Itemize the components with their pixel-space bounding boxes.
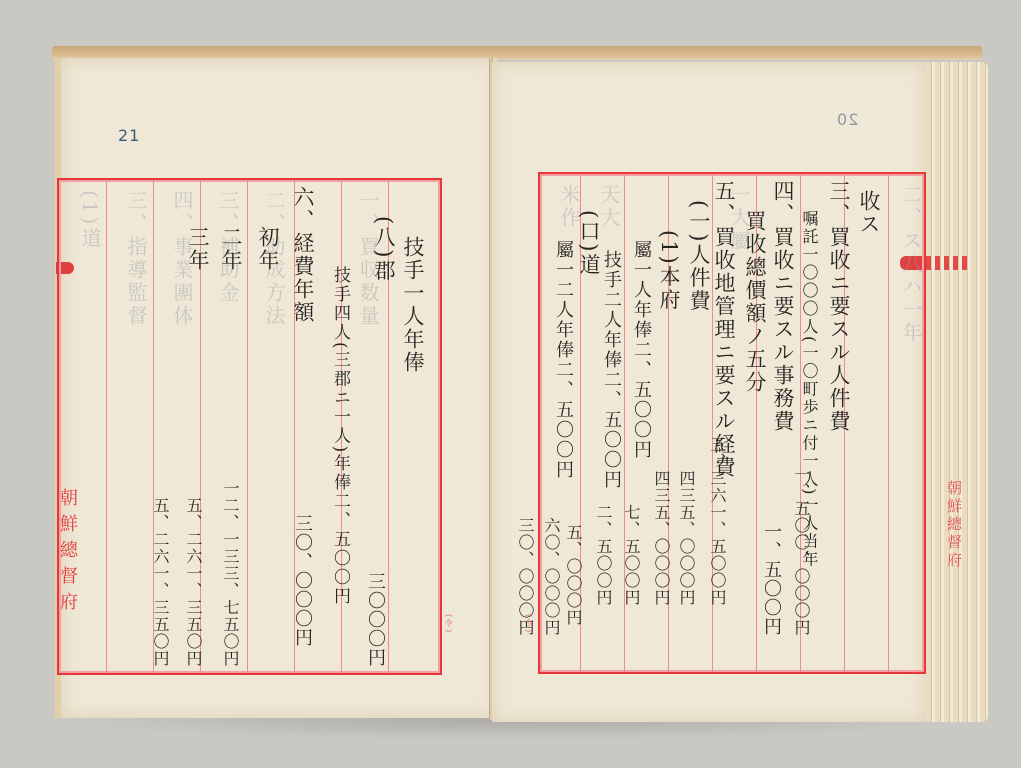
ledger-column: 三年 五、二六一、三五〇円 bbox=[179, 186, 217, 667]
ledger-column: 二年 五、二六一、三五〇円 bbox=[212, 186, 250, 667]
column-heading: 三年 bbox=[179, 226, 217, 667]
left-page-ruled-frame: (1)道 三、指導監督 四、事業團体 三、補助金 二、助成方法 一、買収数量 技… bbox=[57, 178, 442, 675]
left-page-number: 21 bbox=[118, 126, 140, 145]
right-page-number: 20 bbox=[836, 110, 858, 129]
column-heading: 二年 bbox=[212, 226, 250, 667]
left-page-stamp: (令) bbox=[444, 614, 454, 634]
column-heading: 初年 bbox=[249, 226, 287, 667]
column-heading: 六、経費年額 bbox=[284, 186, 322, 667]
ledger-column: 技手四人(三郡ニ一人)年俸二、五〇〇円 三〇、〇〇〇円 bbox=[321, 186, 359, 667]
ledger-column: 六、経費年額 bbox=[284, 186, 322, 667]
bleed-through-text: (1)道 bbox=[71, 190, 109, 663]
ledger-column: (八)郡 bbox=[365, 186, 403, 667]
column-heading: (八)郡 bbox=[365, 216, 403, 667]
right-page-ruled-frame: 二、ス八ハ一年 米作 天大 一大屬 收ス 三、買收ニ要スル人件費 一、五〇〇、〇… bbox=[538, 172, 926, 674]
column-rule bbox=[888, 174, 889, 672]
ledger-column: 屬一二人年俸二、五〇〇円 三〇、〇〇〇円 bbox=[544, 180, 582, 666]
column-amount: 五、二六一、三五〇円 bbox=[141, 497, 179, 667]
column-heading: 屬一二人年俸二、五〇〇円 bbox=[544, 240, 582, 666]
fore-edge-red-marks bbox=[926, 256, 970, 270]
ledger-column: 初年 一二、一三三、七五〇円 bbox=[249, 186, 287, 667]
bleed-through-text: 二、ス八ハ一年 bbox=[892, 184, 930, 662]
right-page-stamp: (令) bbox=[524, 614, 534, 634]
column-heading: 技手四人(三郡ニ一人)年俸二、五〇〇円 bbox=[321, 266, 359, 667]
